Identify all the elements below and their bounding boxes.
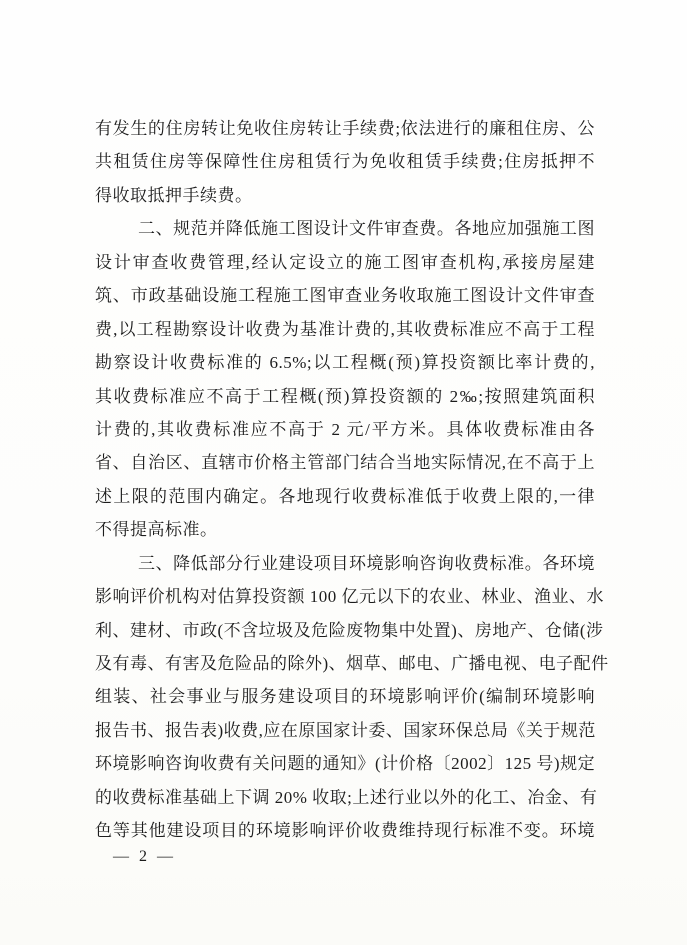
- text-line: 报告书、报告表)收费,应在原国家计委、国家环保总局《关于规范: [95, 714, 595, 747]
- text-line: 得收取抵押手续费。: [95, 179, 595, 212]
- text-line: 费,以工程勘察设计收费为基准计费的,其收费标准应不高于工程: [95, 313, 595, 346]
- text-line: 利、建材、市政(不含垃圾及危险废物集中处置)、房地产、仓储(涉: [95, 614, 595, 647]
- text-line: 筑、市政基础设施工程施工图审查业务收取施工图设计文件审查: [95, 279, 595, 312]
- text-line: 不得提高标准。: [95, 513, 595, 546]
- text-line: 述上限的范围内确定。各地现行收费标准低于收费上限的,一律: [95, 480, 595, 513]
- text-line: 勘察设计收费标准的 6.5%;以工程概(预)算投资额比率计费的,: [95, 346, 595, 379]
- page-number: — 2 —: [113, 846, 176, 868]
- document-page: 有发生的住房转让免收住房转让手续费;依法进行的廉租住房、公 共租赁住房等保障性住…: [0, 0, 687, 945]
- text-line: 组装、社会事业与服务建设项目的环境影响评价(编制环境影响: [95, 680, 595, 713]
- text-line: 设计审查收费管理,经认定设立的施工图审查机构,承接房屋建: [95, 246, 595, 279]
- text-line: 有发生的住房转让免收住房转让手续费;依法进行的廉租住房、公: [95, 112, 595, 145]
- text-line-paragraph-start: 三、降低部分行业建设项目环境影响咨询收费标准。各环境: [95, 547, 595, 580]
- text-line: 省、自治区、直辖市价格主管部门结合当地实际情况,在不高于上: [95, 446, 595, 479]
- text-line: 影响评价机构对估算投资额 100 亿元以下的农业、林业、渔业、水: [95, 580, 595, 613]
- text-line: 的收费标准基础上下调 20% 收取;上述行业以外的化工、冶金、有: [95, 781, 595, 814]
- document-body-text: 有发生的住房转让免收住房转让手续费;依法进行的廉租住房、公 共租赁住房等保障性住…: [95, 112, 595, 848]
- text-line: 环境影响咨询收费有关问题的通知》(计价格〔2002〕125 号)规定: [95, 747, 595, 780]
- text-line-paragraph-start: 二、规范并降低施工图设计文件审查费。各地应加强施工图: [95, 212, 595, 245]
- text-line: 其收费标准应不高于工程概(预)算投资额的 2‰;按照建筑面积: [95, 380, 595, 413]
- text-line: 及有毒、有害及危险品的除外)、烟草、邮电、广播电视、电子配件: [95, 647, 595, 680]
- text-line: 共租赁住房等保障性住房租赁行为免收租赁手续费;住房抵押不: [95, 145, 595, 178]
- text-line: 色等其他建设项目的环境影响评价收费维持现行标准不变。环境: [95, 814, 595, 847]
- text-line: 计费的,其收费标准应不高于 2 元/平方米。具体收费标准由各: [95, 413, 595, 446]
